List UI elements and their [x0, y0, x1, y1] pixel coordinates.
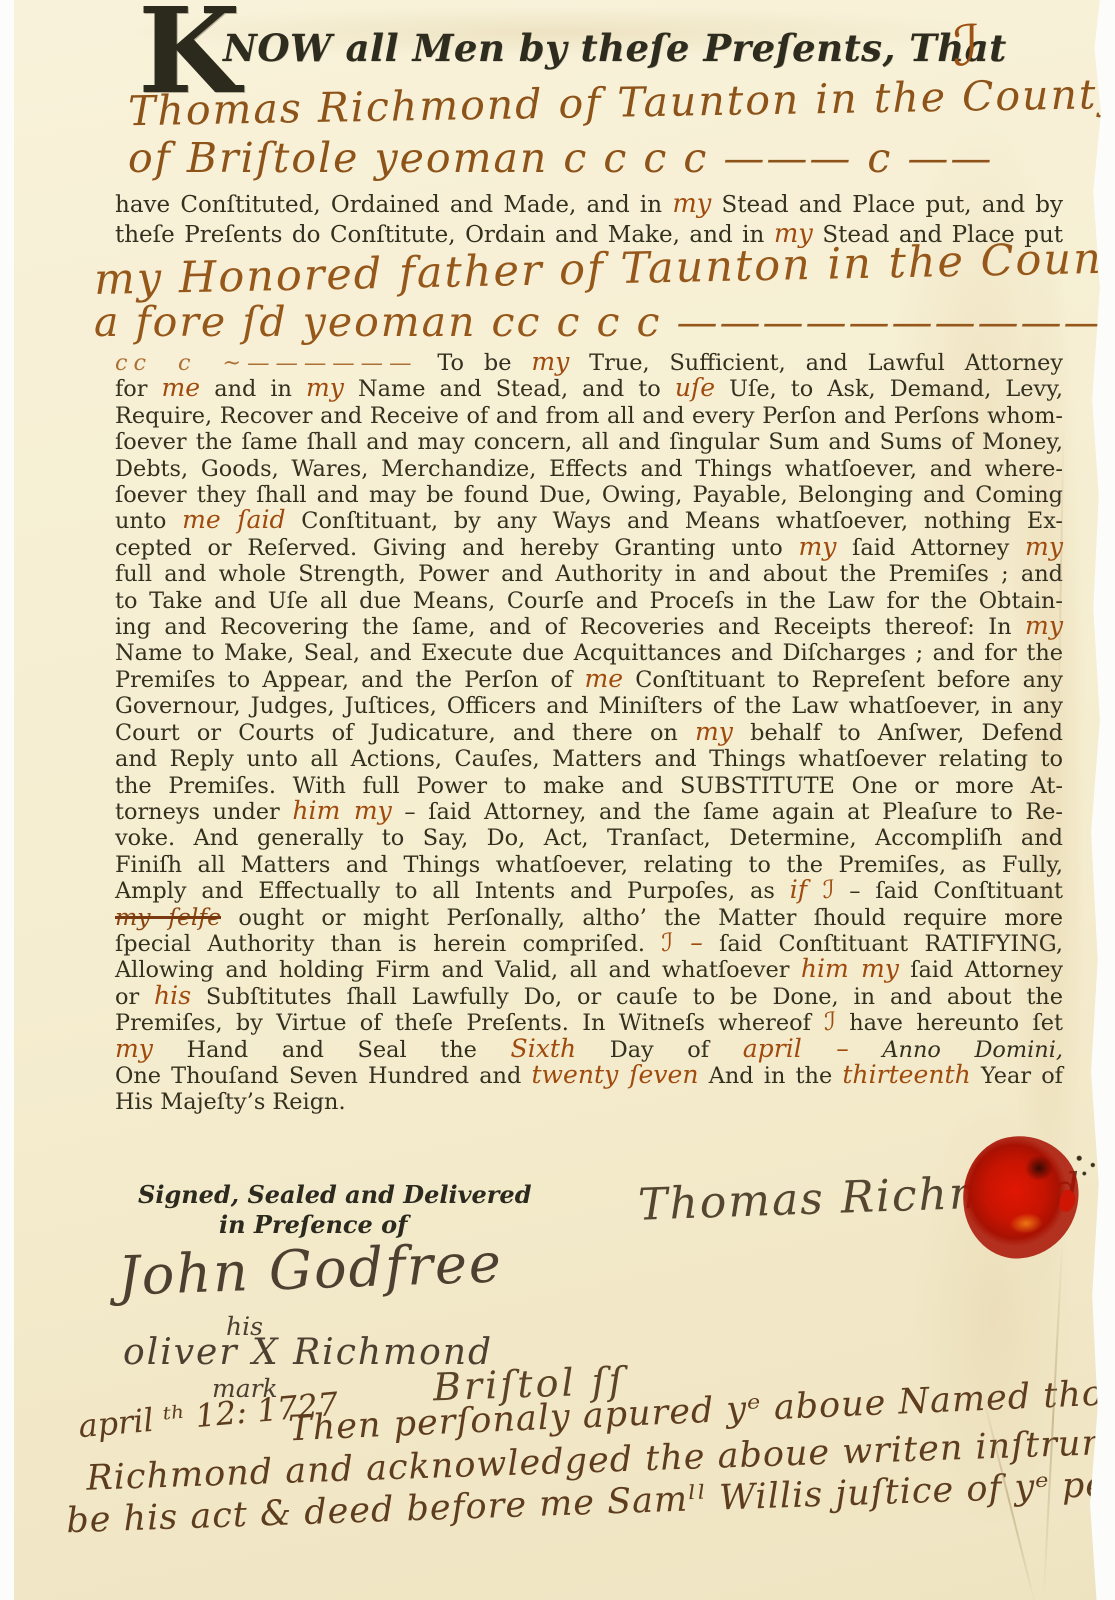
printed-text: the Premiſes. With full Power to make an… — [115, 773, 1063, 799]
text-line: Finiſh all Matters and Things whatſoever… — [115, 852, 1063, 878]
printed-text: Name and Stead, and to — [344, 376, 675, 402]
printed-text: – ſaid Conſtituant — [834, 878, 1063, 904]
printed-text: have Conſtituted, Ordained and Made, and… — [115, 192, 672, 218]
handwritten-insertion: my — [672, 189, 711, 219]
printed-text: Finiſh all Matters and Things whatſoever… — [115, 852, 1063, 878]
printed-text: True, Sufficient, and Lawful Attorney — [569, 350, 1063, 376]
text-line: Premiſes to Appear, and the Perſon of me… — [115, 667, 1063, 693]
printed-text: ſaid Attorney — [899, 957, 1063, 983]
printed-text: To be — [417, 350, 531, 376]
printed-text: unto — [115, 508, 182, 534]
text-line: Amply and Effectually to all Intents and… — [115, 878, 1063, 904]
text-line: cepted or Reſerved. Giving and hereby Gr… — [115, 535, 1063, 561]
printed-text — [849, 1037, 883, 1063]
text-line: One Thouſand Seven Hundred and twenty ſe… — [115, 1063, 1063, 1089]
printed-text: and Reply unto all Actions, Cauſes, Matt… — [115, 746, 1063, 772]
handwritten-insertion: my — [1025, 611, 1063, 640]
printed-text: or — [115, 984, 154, 1010]
document-paper: K NOW all Men by theſe Preſents, That ℐ … — [14, 0, 1102, 1600]
text-line: cc c ~—————— To be my True, Sufficient, … — [115, 350, 1063, 376]
handwritten-insertion: uſe — [675, 373, 715, 402]
handwritten-insertion: his — [154, 981, 191, 1010]
printed-text: torneys under — [115, 799, 292, 825]
handwritten-insertion: my — [1025, 532, 1063, 561]
text-line: Premiſes, by Virtue of theſe Preſents. I… — [115, 1010, 1063, 1036]
text-line: the Premiſes. With full Power to make an… — [115, 773, 1063, 799]
printed-text: Debts, Goods, Wares, Merchandize, Effect… — [115, 456, 1063, 482]
printed-text: have hereunto ſet — [836, 1010, 1063, 1036]
printed-text: for — [115, 376, 162, 402]
text-line: His Majeſty’s Reign. — [115, 1089, 1063, 1115]
handwritten-insertion: me ſaid — [182, 505, 286, 534]
text-line: for me and in my Name and Stead, and to … — [115, 376, 1063, 402]
scanned-document-page: { "colors":{"paper":"#f6efd4","print_ink… — [0, 0, 1115, 1600]
text-line: unto me ſaid Conſtituant, by any Ways an… — [115, 508, 1063, 534]
text-line: full and whole Strength, Power and Autho… — [115, 561, 1063, 587]
text-line: Debts, Goods, Wares, Merchandize, Effect… — [115, 456, 1063, 482]
ink-specks — [1069, 1148, 1103, 1182]
printed-text: Court or Courts of Judicature, and there… — [115, 720, 695, 746]
printed-text: One Thouſand Seven Hundred and — [115, 1063, 531, 1089]
printed-text: behalf to Anſwer, Defend — [733, 720, 1063, 746]
printed-text: And in the — [699, 1063, 843, 1089]
printed-text: Subſtitutes ſhall Lawfully Do, or cauſe … — [191, 984, 1063, 1010]
printed-text: Amply and Effectually to all Intents and… — [115, 878, 790, 904]
printed-text: full and whole Strength, Power and Autho… — [115, 561, 1063, 587]
printed-text: Conſtituant to Repreſent before any — [623, 667, 1063, 693]
handwritten-insertion: ℐ – — [661, 928, 702, 957]
printed-text: Stead and Place put, and by — [711, 192, 1063, 218]
handwritten-insertion: my — [695, 717, 733, 746]
text-line: Court or Courts of Judicature, and there… — [115, 720, 1063, 746]
printed-text: ſaid Conſtituant RATIFYING, — [703, 931, 1063, 957]
handwritten-insertion: if ℐ — [790, 875, 835, 904]
text-line: my ſelfe ought or might Perſonally, alth… — [115, 905, 1063, 931]
text-line: ſpecial Authority than is herein compriſ… — [115, 931, 1063, 957]
printed-text: Conſtituant, by any Ways and Means whatſ… — [286, 508, 1063, 534]
printed-text: ſpecial Authority than is herein compriſ… — [115, 931, 661, 957]
printed-text: Premiſes, by Virtue of theſe Preſents. I… — [115, 1010, 824, 1036]
text-line: torneys under him my – ſaid Attorney, an… — [115, 799, 1063, 825]
printed-text: Hand and Seal the — [153, 1037, 511, 1063]
printed-body-text: cc c ~—————— To be my True, Sufficient, … — [115, 350, 1063, 1116]
printed-text: ſoever the ſame ſhall and may concern, a… — [115, 429, 1063, 455]
paper-crease — [1043, 1240, 1064, 1600]
printed-text: Anno Domini, — [882, 1037, 1063, 1063]
printed-text: voke. And generally to Say, Do, Act, Tra… — [115, 825, 1063, 851]
handwritten-insertion: him my — [801, 954, 899, 983]
printed-text: cepted or Reſerved. Giving and hereby Gr… — [115, 535, 798, 561]
handwritten-insertion: my — [531, 347, 569, 376]
handwritten-insertion: me — [584, 664, 623, 693]
handwritten-insertion: thirteenth — [842, 1060, 970, 1089]
handwritten-insertion: cc c ~—————— — [115, 350, 417, 376]
handwritten-insertion: my — [115, 1034, 153, 1063]
text-line: voke. And generally to Say, Do, Act, Tra… — [115, 825, 1063, 851]
printed-text: ſaid Attorney — [836, 535, 1025, 561]
printed-text: Day of — [576, 1037, 743, 1063]
printed-text: ought or might Perſonally, altho’ the Ma… — [221, 905, 1063, 931]
handwritten-attorney-place: a fore ſd yeoman cc c c c —————————————— — [94, 298, 1115, 346]
printed-text: – ſaid Attorney, and the ſame again at P… — [392, 799, 1063, 825]
printed-text: and in — [200, 376, 306, 402]
handwritten-pronoun-i: ℐ — [953, 14, 979, 79]
printed-text: Name to Make, Seal, and Execute due Acqu… — [115, 640, 1063, 666]
handwritten-insertion: my — [798, 532, 836, 561]
text-line: Allowing and holding Firm and Valid, all… — [115, 957, 1063, 983]
text-line: and Reply unto all Actions, Cauſes, Matt… — [115, 746, 1063, 772]
document-heading: NOW all Men by theſe Preſents, That — [223, 26, 1007, 70]
witness-signature-john-godfree: John Godfree — [117, 1231, 504, 1307]
printed-text: Governour, Judges, Juſtices, Officers an… — [115, 693, 1063, 719]
printed-text: His Majeſty’s Reign. — [115, 1089, 346, 1115]
handwritten-insertion: me — [162, 373, 201, 402]
handwritten-insertion: my ſelfe — [115, 903, 221, 931]
text-line: Governour, Judges, Juſtices, Officers an… — [115, 693, 1063, 719]
printed-text: Require, Recover and Receive of and from… — [115, 403, 1063, 429]
printed-text: ing and Recovering the ſame, and of Reco… — [115, 614, 1025, 640]
printed-text: Premiſes to Appear, and the Perſon of — [115, 667, 584, 693]
handwritten-insertion: twenty ſeven — [531, 1060, 698, 1089]
handwritten-insertion: Sixth — [511, 1034, 577, 1063]
text-line: Require, Recover and Receive of and from… — [115, 403, 1063, 429]
handwritten-grantor-place: of Briſtole yeoman c c c c ——— c —— — [128, 134, 993, 182]
printed-text: to Take and Uſe all due Means, Courſe an… — [115, 588, 1063, 614]
handwritten-insertion: my — [306, 373, 344, 402]
printed-text: Allowing and holding Firm and Valid, all… — [115, 957, 801, 983]
text-line: to Take and Uſe all due Means, Courſe an… — [115, 588, 1063, 614]
printed-text: Uſe, to Ask, Demand, Levy, — [715, 376, 1063, 402]
handwritten-grantor-name: Thomas Richmond of Taunton in the County… — [128, 69, 1115, 135]
printed-text: Year of — [971, 1063, 1063, 1089]
handwritten-insertion: april – — [743, 1034, 849, 1063]
text-line: ing and Recovering the ſame, and of Reco… — [115, 614, 1063, 640]
printed-text: ſoever they ſhall and may be found Due, … — [115, 482, 1063, 508]
text-line: have Conſtituted, Ordained and Made, and… — [115, 190, 1063, 220]
text-line: ſoever the ſame ſhall and may concern, a… — [115, 429, 1063, 455]
text-line: or his Subſtitutes ſhall Lawfully Do, or… — [115, 984, 1063, 1010]
signed-sealed-label: Signed, Sealed and Delivered — [138, 1180, 531, 1209]
handwritten-insertion: ℐ — [824, 1007, 836, 1036]
handwritten-insertion: him my — [292, 796, 391, 825]
